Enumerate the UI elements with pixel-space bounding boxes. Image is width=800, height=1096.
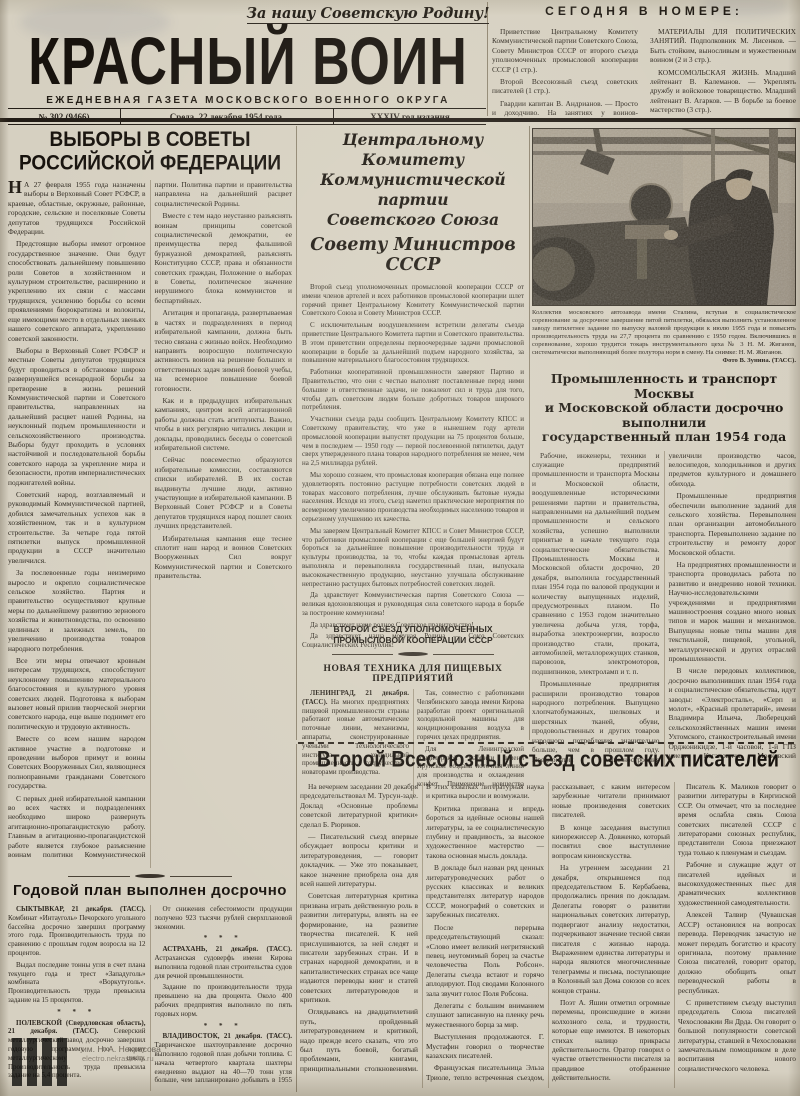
today-in-issue-header: СЕГОДНЯ В НОМЕРЕ: bbox=[492, 4, 796, 18]
news-item: От снижения себестоимости продукции полу… bbox=[155, 905, 293, 931]
paragraph: Агитация и пропаганда, развертываемая в … bbox=[155, 308, 293, 393]
paragraph: Второй съезд уполномоченных промысловой … bbox=[302, 283, 524, 318]
column-rule bbox=[529, 126, 530, 740]
today-item: Приветствие Центральному Комитету Коммун… bbox=[492, 27, 638, 74]
letter-headline: Центральному Комитету Коммунистической п… bbox=[302, 130, 524, 275]
paragraph: Вместе с тем надо неустанно разъяснять в… bbox=[155, 211, 293, 305]
letter-signature-line1: ВТОРОЙ СЪЕЗД УПОЛНОМОЧЕННЫХ bbox=[302, 624, 524, 635]
photo-credit: Фото В. Зунина. (ТАСС). bbox=[532, 357, 796, 365]
industry-article: Промышленность и транспорт Москвы и Моск… bbox=[532, 372, 796, 767]
editorial-article: ВЫБОРЫ В СОВЕТЫ РОССИЙСКОЙ ФЕДЕРАЦИИ НА … bbox=[8, 128, 292, 868]
paragraph: С приветствием съезду выступил председат… bbox=[678, 998, 796, 1073]
paragraph: На предприятиях промышленности и транспо… bbox=[669, 560, 797, 663]
paragraph: Алексей Талвир (Чувашская АССР) останови… bbox=[678, 910, 796, 995]
paragraph: Рабочие и служащие ждут от писателей иде… bbox=[678, 860, 796, 907]
today-item: МАТЕРИАЛЫ ДЛЯ ПОЛИТИЧЕСКИХ ЗАНЯТИЙ. Подп… bbox=[650, 27, 796, 65]
paragraph: Мы хорошо сознаем, что промысловая коопе… bbox=[302, 471, 524, 524]
watermark-site: electro.nekrasovka.ru bbox=[82, 1054, 161, 1063]
paragraph: Писатель К. Маликов говорит о развитии л… bbox=[678, 782, 796, 857]
editorial-headline: ВЫБОРЫ В СОВЕТЫ РОССИЙСКОЙ ФЕДЕРАЦИИ bbox=[8, 128, 292, 175]
paragraph: Советская литературная критика призвана … bbox=[300, 891, 418, 1004]
stars-separator: * * * bbox=[155, 934, 293, 943]
paragraph: Сейчас повсеместно образуются избиратель… bbox=[155, 455, 293, 530]
header-divider-rule bbox=[0, 118, 800, 122]
paragraph: Все эти меры отвечают кровным интересам … bbox=[8, 656, 146, 731]
item-text: Астраханская судоверфь имени Кирова выпо… bbox=[155, 954, 293, 980]
editorial-headline-line1: ВЫБОРЫ В СОВЕТЫ bbox=[8, 128, 292, 152]
paragraph: За послевоенные годы неизмеримо выросло … bbox=[8, 568, 146, 653]
paragraph: Избирательная кампания еще теснее сплоти… bbox=[155, 534, 293, 581]
today-left-column: Приветствие Центральному Комитету Коммун… bbox=[492, 27, 638, 119]
greeting-letter-article: Центральному Комитету Коммунистической п… bbox=[302, 130, 524, 797]
news-item: Задание по производительности труда прев… bbox=[155, 983, 293, 1018]
letter-headline-line: Коммунистической партии bbox=[302, 170, 524, 210]
library-watermark: им. Н. А. Некрасова electro.nekrasovka.r… bbox=[12, 1038, 161, 1086]
paragraph: Делегаты с большим вниманием слушают зап… bbox=[426, 1001, 544, 1029]
newspaper-title: КРАСНЫЙ ВОИН bbox=[10, 24, 486, 101]
paragraph: Рабочие, инженеры, техники и служащие пр… bbox=[532, 451, 660, 677]
paragraph: НА 27 февраля 1955 года назначены выборы… bbox=[8, 180, 146, 236]
photo-illustration bbox=[533, 129, 795, 305]
paragraph: Советский народ, возглавляемый и руковод… bbox=[8, 490, 146, 565]
writers-headline: Второй Всесоюзный съезд советских писате… bbox=[300, 748, 796, 773]
editorial-headline-line2: РОССИЙСКОЙ ФЕДЕРАЦИИ bbox=[8, 152, 292, 176]
slogan-text: За нашу Советскую Родину! bbox=[247, 5, 490, 24]
dashed-section-rule bbox=[298, 742, 796, 744]
newspaper-subtitle: ЕЖЕДНЕВНАЯ ГАЗЕТА МОСКОВСКОГО ВОЕННОГО О… bbox=[12, 95, 484, 106]
today-in-issue: СЕГОДНЯ В НОМЕРЕ: Приветствие Центрально… bbox=[492, 4, 796, 118]
paragraph: Выборы в Верховный Совет РСФСР и местные… bbox=[8, 346, 146, 487]
industry-body: Рабочие, инженеры, техники и служащие пр… bbox=[532, 451, 796, 767]
industry-headline-line: Промышленность и транспорт Москвы bbox=[532, 372, 796, 401]
paragraph: С исключительным воодушевлением встретил… bbox=[302, 321, 524, 365]
slogan-paragraph: Да здравствует Коммунистическая партия С… bbox=[302, 591, 524, 617]
dateline: ВЛАДИВОСТОК, 21 декабря. (ТАСС). bbox=[163, 1032, 293, 1040]
column-rule bbox=[296, 744, 297, 1092]
paragraph: Мы заверяем Центральный Комитет КПСС и С… bbox=[302, 527, 524, 589]
editorial-body: НА 27 февраля 1955 года назначены выборы… bbox=[8, 180, 292, 868]
paragraph: Участники съезда рады сообщить Центральн… bbox=[302, 415, 524, 468]
paragraph: Как и в предыдущих избирательных кампани… bbox=[155, 396, 293, 452]
industry-headline-line: государственный план 1954 года bbox=[532, 430, 796, 445]
watermark-bar bbox=[42, 1038, 52, 1086]
paragraph: Поэт А. Яшин отметил огромные перемены, … bbox=[552, 998, 670, 1083]
industry-headline: Промышленность и транспорт Москвы и Моск… bbox=[532, 372, 796, 445]
paragraph: На утреннем заседании 21 декабря, открыв… bbox=[552, 863, 670, 995]
watermark-bars-icon bbox=[12, 1038, 72, 1086]
letter-headline-line: Совету Министров СССР bbox=[302, 235, 524, 275]
tech-article-headline: НОВАЯ ТЕХНИКА ДЛЯ ПИЩЕВЫХ ПРЕДПРИЯТИЙ bbox=[302, 664, 524, 684]
paragraph: Так, совместно с работниками Челябинског… bbox=[417, 689, 524, 742]
paragraph: Работники кооперативной промышленности з… bbox=[302, 368, 524, 412]
letter-body: Второй съезд уполномоченных промысловой … bbox=[302, 283, 524, 621]
paragraph: После перерыва председательствующий сказ… bbox=[426, 923, 544, 998]
letter-signature: ВТОРОЙ СЪЕЗД УПОЛНОМОЧЕННЫХ ПРОМЫСЛОВОЙ … bbox=[302, 624, 524, 646]
letter-headline-line: Центральному Комитету bbox=[302, 130, 524, 170]
stars-separator: * * * bbox=[155, 1022, 293, 1031]
dropcap: Н bbox=[8, 180, 24, 195]
writers-body: На вечернем заседании 20 декабря председ… bbox=[300, 782, 796, 1088]
watermark-library-name: им. Н. А. Некрасова bbox=[82, 1044, 161, 1054]
divider-ornament bbox=[68, 874, 232, 878]
paragraph: На вечернем заседании 20 декабря председ… bbox=[300, 782, 418, 829]
letter-headline-line: Советского Союза bbox=[302, 210, 524, 230]
today-item: Второй Всесоюзный съезд советских писате… bbox=[492, 77, 638, 96]
news-item: АСТРАХАНЬ, 21 декабря. (ТАСС). Астраханс… bbox=[155, 945, 293, 980]
photo-caption: Коллектив московского автозавода имени С… bbox=[532, 309, 796, 357]
dateline: СЫКТЫВКАР, 21 декабря. (ТАСС). bbox=[16, 905, 146, 913]
yearly-plan-headline: Годовой план выполнен досрочно bbox=[8, 882, 292, 899]
paragraph: Промышленные предприятия обеспечили выпо… bbox=[669, 491, 797, 557]
paragraph: Вместе со всем нашим народом активное уч… bbox=[8, 734, 146, 790]
writers-congress-article: Второй Всесоюзный съезд советских писате… bbox=[300, 748, 796, 1088]
column-rule bbox=[296, 126, 297, 740]
divider-ornament bbox=[332, 652, 494, 656]
stars-separator: * * * bbox=[8, 1008, 146, 1017]
watermark-bar bbox=[27, 1038, 37, 1086]
paragraph: Критика призвана и впредь бороться за ид… bbox=[426, 804, 544, 860]
paragraph: Предстоящие выборы имеют огромное госуда… bbox=[8, 239, 146, 342]
paragraph: Выступления продолжаются. Г. Мустафин го… bbox=[426, 1032, 544, 1060]
watermark-bar bbox=[12, 1038, 22, 1086]
paragraph: В конце заседания выступил кинорежиссер … bbox=[552, 823, 670, 861]
item-text: Комбинат «Интауголь» Печорского угольног… bbox=[8, 914, 146, 957]
today-item: Гвардии капитан В. Андрианов. — Просто и… bbox=[492, 99, 638, 119]
news-item: Выдал последние тонны угля в счет плана … bbox=[8, 961, 146, 1005]
watermark-text: им. Н. А. Некрасова electro.nekrasovka.r… bbox=[82, 1038, 161, 1063]
today-right-column: МАТЕРИАЛЫ ДЛЯ ПОЛИТИЧЕСКИХ ЗАНЯТИЙ. Подп… bbox=[650, 27, 796, 119]
newspaper-page: За нашу Советскую Родину! КРАСНЫЙ ВОИН Е… bbox=[0, 0, 800, 1096]
industry-headline-line: и Московской области досрочно выполнили bbox=[532, 401, 796, 430]
paragraph: — Писательский съезд впервые обсуждает в… bbox=[300, 832, 418, 888]
news-item: СЫКТЫВКАР, 21 декабря. (ТАСС). Комбинат … bbox=[8, 905, 146, 958]
dateline: АСТРАХАНЬ, 21 декабря. (ТАСС). bbox=[163, 945, 293, 953]
masthead-slogan: За нашу Советскую Родину! bbox=[246, 5, 490, 24]
today-item: КОМСОМОЛЬСКАЯ ЖИЗНЬ. Младший лейтенант В… bbox=[650, 68, 796, 115]
letter-signature-line2: ПРОМЫСЛОВОЙ КООПЕРАЦИИ СССР bbox=[302, 635, 524, 646]
watermark-bar bbox=[57, 1038, 67, 1086]
issue-info-row: № 302 (9466) Среда, 22 декабря 1954 года… bbox=[8, 108, 486, 125]
paragraph-text: А 27 февраля 1955 года назначены выборы … bbox=[8, 180, 146, 236]
photo-feature: Коллектив московского автозавода имени С… bbox=[532, 128, 796, 365]
paragraph: В докладе был назван ряд ценных литерату… bbox=[426, 863, 544, 919]
news-photo bbox=[532, 128, 796, 306]
